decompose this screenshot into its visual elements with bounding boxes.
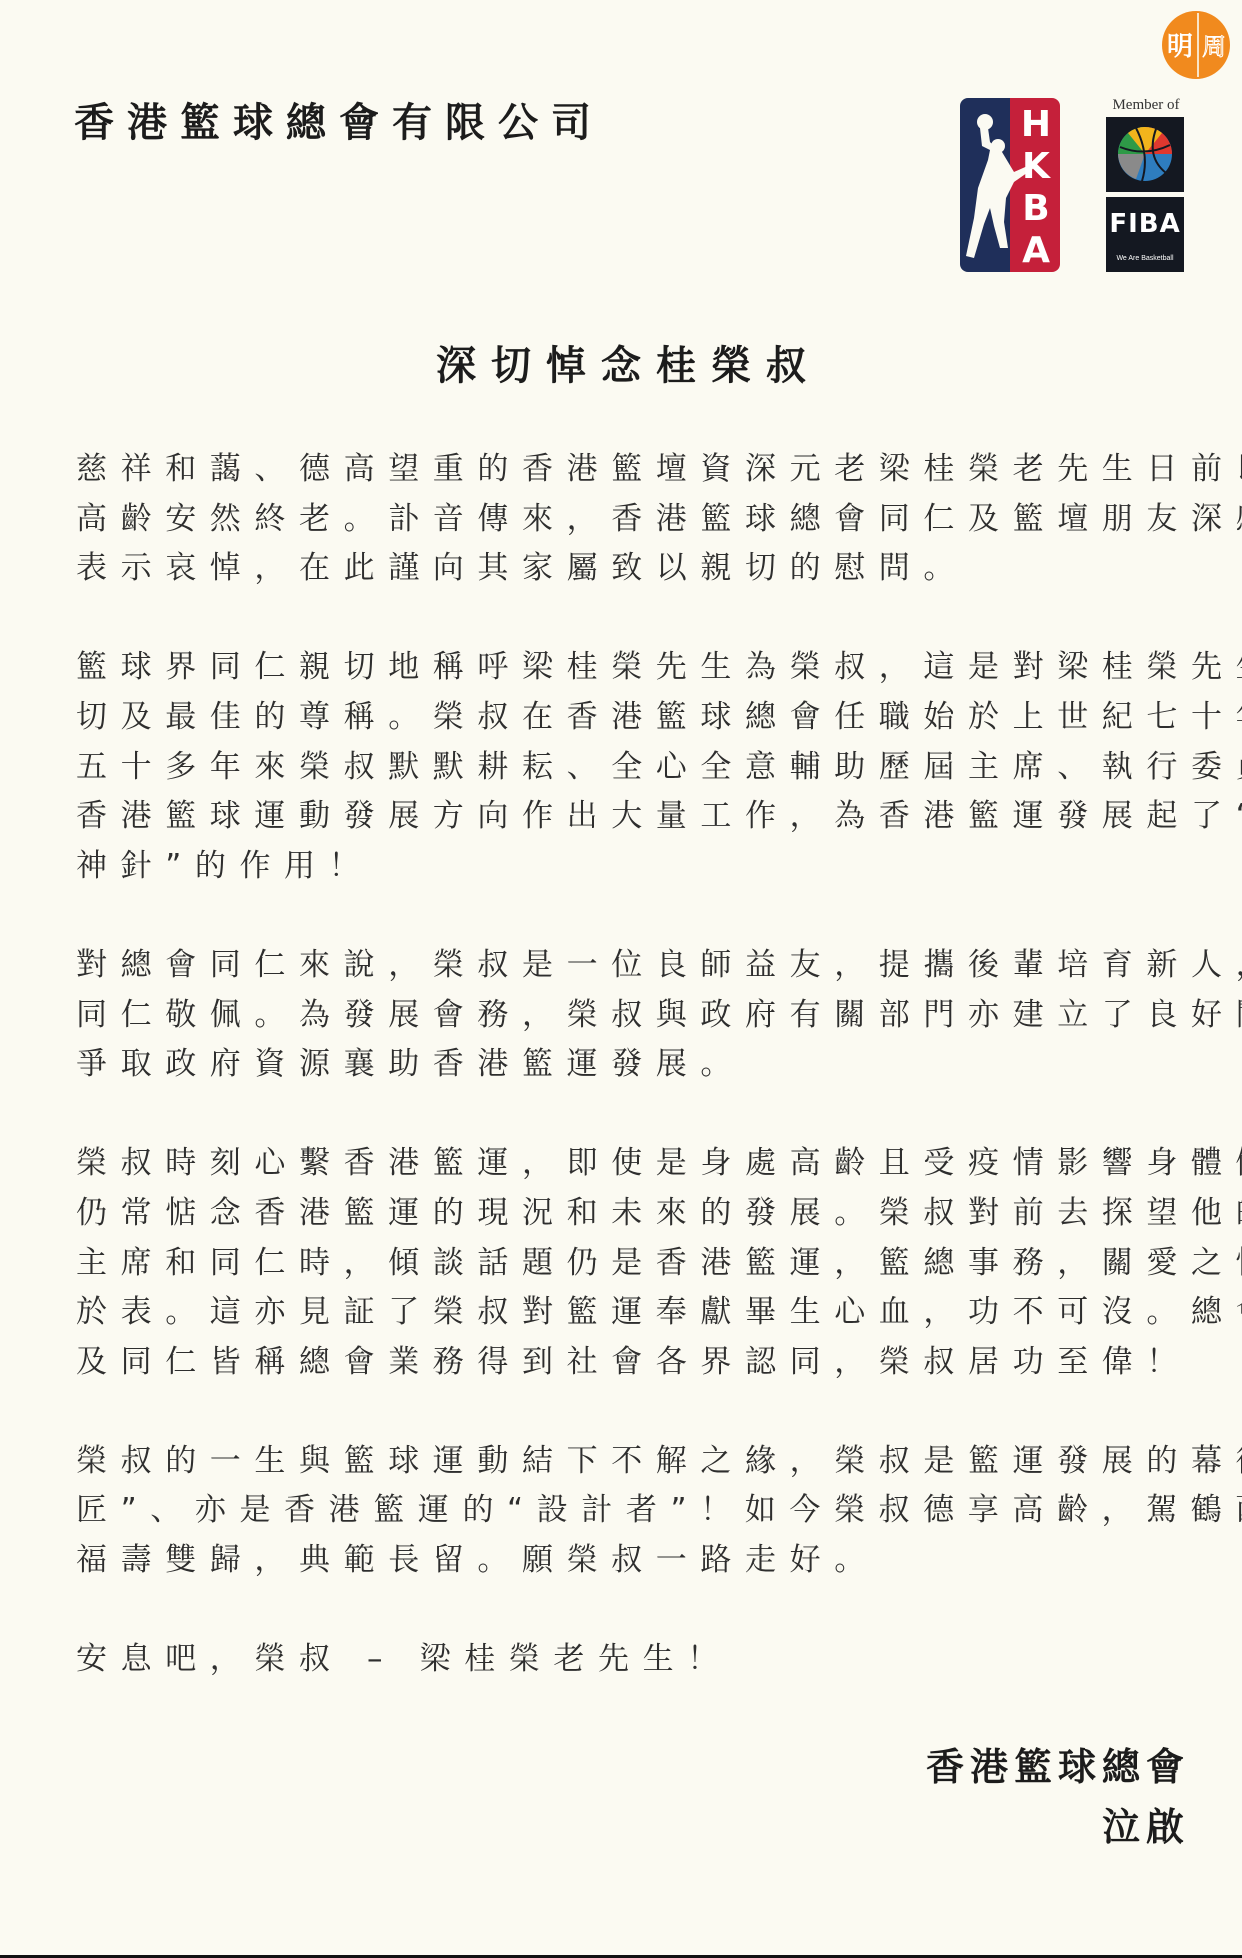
paragraph-4: 榮叔時刻心繫香港籃運，即使是身處高齡且受疫情影響身體健康下 仍常惦念香港籃運的現… — [76, 1139, 1196, 1387]
text-line: 切及最佳的尊稱。榮叔在香港籃球總會任職始於上世紀七十年代， — [76, 693, 1196, 743]
fiba-member-label: Member of — [1106, 96, 1186, 114]
svg-text:明: 明 — [1167, 32, 1193, 62]
svg-text:B: B — [1022, 188, 1049, 229]
paragraph-spacer — [76, 1586, 1196, 1636]
paragraph-2: 籃球界同仁親切地稱呼梁桂榮先生為榮叔，這是對梁桂榮先生最親 切及最佳的尊稱。榮叔… — [76, 643, 1196, 891]
text-line: 爭取政府資源襄助香港籃運發展。 — [76, 1040, 1196, 1090]
text-line: 五十多年來榮叔默默耕耘、全心全意輔助歷屆主席、執行委員會為 — [76, 743, 1196, 793]
mingzhou-logo-icon: 明 周 — [1161, 10, 1231, 80]
paragraph-spacer — [76, 891, 1196, 941]
svg-text:周: 周 — [1202, 33, 1226, 61]
text-line: 榮叔的一生與籃球運動結下不解之緣，榮叔是籃運發展的幕後“巨 — [76, 1437, 1196, 1487]
paragraph-spacer — [76, 594, 1196, 644]
text-line: 慈祥和藹、德高望重的香港籃壇資深元老梁桂榮老先生日前以百歲 — [76, 445, 1196, 495]
text-line: 籃球界同仁親切地稱呼梁桂榮先生為榮叔，這是對梁桂榮先生最親 — [76, 643, 1196, 693]
paragraph-spacer — [76, 1090, 1196, 1140]
text-line: 對總會同仁來說，榮叔是一位良師益友，提攜後輩培育新人，深得 — [76, 941, 1196, 991]
text-line: 同仁敬佩。為發展會務，榮叔與政府有關部門亦建立了良好關係， — [76, 991, 1196, 1041]
signature-closing: 泣啟 — [926, 1797, 1190, 1857]
text-line: 高齡安然終老。訃音傳來，香港籃球總會同仁及籃壇朋友深感痛惜 — [76, 495, 1196, 545]
fiba-member-badge: Member of FIBA We Are Basketball — [1106, 96, 1186, 272]
fiba-name: FIBA — [1106, 197, 1184, 239]
letter-body: 慈祥和藹、德高望重的香港籃壇資深元老梁桂榮老先生日前以百歲 高齡安然終老。訃音傳… — [76, 445, 1196, 1685]
organization-name: 香港籃球總會有限公司 — [74, 96, 604, 150]
text-line: 榮叔時刻心繫香港籃運，即使是身處高齡且受疫情影響身體健康下 — [76, 1139, 1196, 1189]
signature-block: 香港籃球總會 泣啟 — [926, 1737, 1184, 1857]
paragraph-5: 榮叔的一生與籃球運動結下不解之緣，榮叔是籃運發展的幕後“巨 匠”、亦是香港籃運的… — [76, 1437, 1196, 1586]
text-line: 福壽雙歸，典範長留。願榮叔一路走好。 — [76, 1536, 1196, 1586]
text-line: 匠”、亦是香港籃運的“設計者”！如今榮叔德享高齡，駕鶴西去， — [76, 1486, 1196, 1536]
closing-line: 安息吧，榮叔 – 梁桂榮老先生！ — [76, 1635, 1196, 1685]
text-line: 香港籃球運動發展方向作出大量工作，為香港籃運發展起了“定海 — [76, 792, 1196, 842]
fiba-ball-icon — [1106, 117, 1184, 192]
text-line: 仍常惦念香港籃運的現況和未來的發展。榮叔對前去探望他的籃總 — [76, 1189, 1196, 1239]
text-line: 安息吧，榮叔 – 梁桂榮老先生！ — [76, 1635, 1196, 1685]
fiba-wordmark: FIBA We Are Basketball — [1106, 197, 1184, 272]
text-line: 神針”的作用！ — [76, 842, 1196, 892]
text-line: 表示哀悼，在此謹向其家屬致以親切的慰問。 — [76, 544, 1196, 594]
paragraph-1: 慈祥和藹、德高望重的香港籃壇資深元老梁桂榮老先生日前以百歲 高齡安然終老。訃音傳… — [76, 445, 1196, 594]
text-line: 及同仁皆稱總會業務得到社會各界認同，榮叔居功至偉！ — [76, 1338, 1196, 1388]
page-title: 深切悼念桂榮叔 — [0, 338, 1242, 394]
svg-text:A: A — [1022, 230, 1050, 271]
hkba-logo-icon: H K B A — [960, 98, 1060, 272]
svg-text:H: H — [1021, 104, 1051, 145]
paragraph-spacer — [76, 1387, 1196, 1437]
paragraph-3: 對總會同仁來說，榮叔是一位良師益友，提攜後輩培育新人，深得 同仁敬佩。為發展會務… — [76, 941, 1196, 1090]
svg-text:K: K — [1022, 146, 1051, 187]
text-line: 於表。這亦見証了榮叔對籃運奉獻畢生心血，功不可沒。總會主席 — [76, 1288, 1196, 1338]
signature-organization: 香港籃球總會 — [926, 1737, 1190, 1797]
text-line: 主席和同仁時，傾談話題仍是香港籃運，籃總事務，關愛之情溢言 — [76, 1239, 1196, 1289]
fiba-tagline: We Are Basketball — [1106, 255, 1184, 262]
